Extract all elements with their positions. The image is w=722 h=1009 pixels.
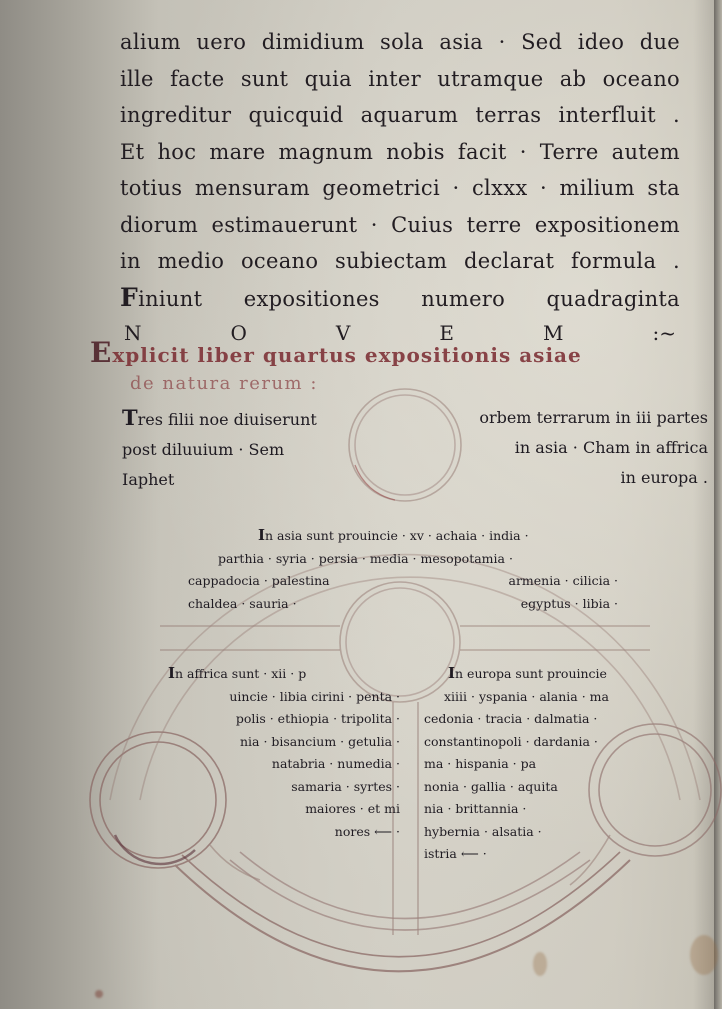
initial-letter: I <box>258 526 265 544</box>
stain <box>95 990 103 998</box>
region-line: cedonia · tracia · dalmatia · <box>424 708 664 731</box>
initial-letter: I <box>448 664 455 682</box>
initial-letter: T <box>122 405 138 430</box>
map-region-africa: In affrica sunt · xii · p uincie · libia… <box>160 662 400 843</box>
text-line: in medio oceano subiectam declarat formu… <box>120 243 680 280</box>
text-line: alium uero dimidium sola asia · Sed ideo… <box>120 24 680 61</box>
intro-line: in europa . <box>479 463 708 493</box>
rubric-initial: E <box>90 336 112 369</box>
region-line: maiores · et mi <box>160 798 400 821</box>
rubric-heading: Explicit liber quartus expositionis asia… <box>90 336 690 394</box>
region-line: nia · bisancium · getulia · <box>160 731 400 754</box>
text-line: Et hoc mare magnum nobis facit · Terre a… <box>120 134 680 171</box>
rubric-line: Explicit liber quartus expositionis asia… <box>90 336 690 369</box>
initial-letter: I <box>168 664 175 682</box>
map-region-europe: In europa sunt prouincie xiiii · yspania… <box>424 662 664 866</box>
region-line: polis · ethiopia · tripolita · <box>160 708 400 731</box>
region-line: xiiii · yspania · alania · ma <box>424 686 664 709</box>
intro-left: Tres filii noe diuiserunt post diluuium … <box>122 403 317 495</box>
region-line: In asia sunt prouincie · xv · achaia · i… <box>188 524 618 548</box>
intro-line: post diluuium · Sem <box>122 435 317 465</box>
stain <box>690 935 718 975</box>
text-line: totius mensuram geometrici · clxxx · mil… <box>120 170 680 207</box>
region-line: samaria · syrtes · <box>160 776 400 799</box>
region-line: parthia · syria · persia · media · mesop… <box>188 548 618 571</box>
text-line: Finiunt expositiones numero quadraginta <box>120 280 680 317</box>
rubric-line: de natura rerum : <box>130 373 690 394</box>
region-line: constantinopoli · dardania · <box>424 731 664 754</box>
region-line: uincie · libia cirini · penta · <box>160 686 400 709</box>
text-line: ingreditur quicquid aquarum terras inter… <box>120 97 680 134</box>
region-line: cappadocia · palestina armenia · cilicia… <box>188 570 618 593</box>
manuscript-page: alium uero dimidium sola asia · Sed ideo… <box>0 0 722 1009</box>
region-line: In affrica sunt · xii · p <box>160 662 400 686</box>
region-line: hybernia · alsatia · <box>424 821 664 844</box>
region-line: nores ⟵ · <box>160 821 400 844</box>
intro-line: in asia · Cham in affrica <box>479 433 708 463</box>
text-line: ille facte sunt quia inter utramque ab o… <box>120 61 680 98</box>
map-region-asia: In asia sunt prouincie · xv · achaia · i… <box>188 524 618 615</box>
initial-letter: F <box>120 283 138 312</box>
intro-line: Iaphet <box>122 465 317 495</box>
intro-line: orbem terrarum in iii partes <box>479 403 708 433</box>
intro-right: orbem terrarum in iii partes in asia · C… <box>479 403 708 493</box>
region-line: ma · hispania · pa <box>424 753 664 776</box>
main-text-block: alium uero dimidium sola asia · Sed ideo… <box>120 24 680 350</box>
stain <box>533 952 547 976</box>
region-line: chaldea · sauria · egyptus · libia · <box>188 593 618 616</box>
region-line: istria ⟵ · <box>424 843 664 866</box>
intro-line: Tres filii noe diuiserunt <box>122 403 317 435</box>
region-line: In europa sunt prouincie <box>424 662 664 686</box>
text-line: diorum estimauerunt · Cuius terre exposi… <box>120 207 680 244</box>
region-line: nia · brittannia · <box>424 798 664 821</box>
page-edge <box>714 0 722 1009</box>
region-line: natabria · numedia · <box>160 753 400 776</box>
region-line: nonia · gallia · aquita <box>424 776 664 799</box>
